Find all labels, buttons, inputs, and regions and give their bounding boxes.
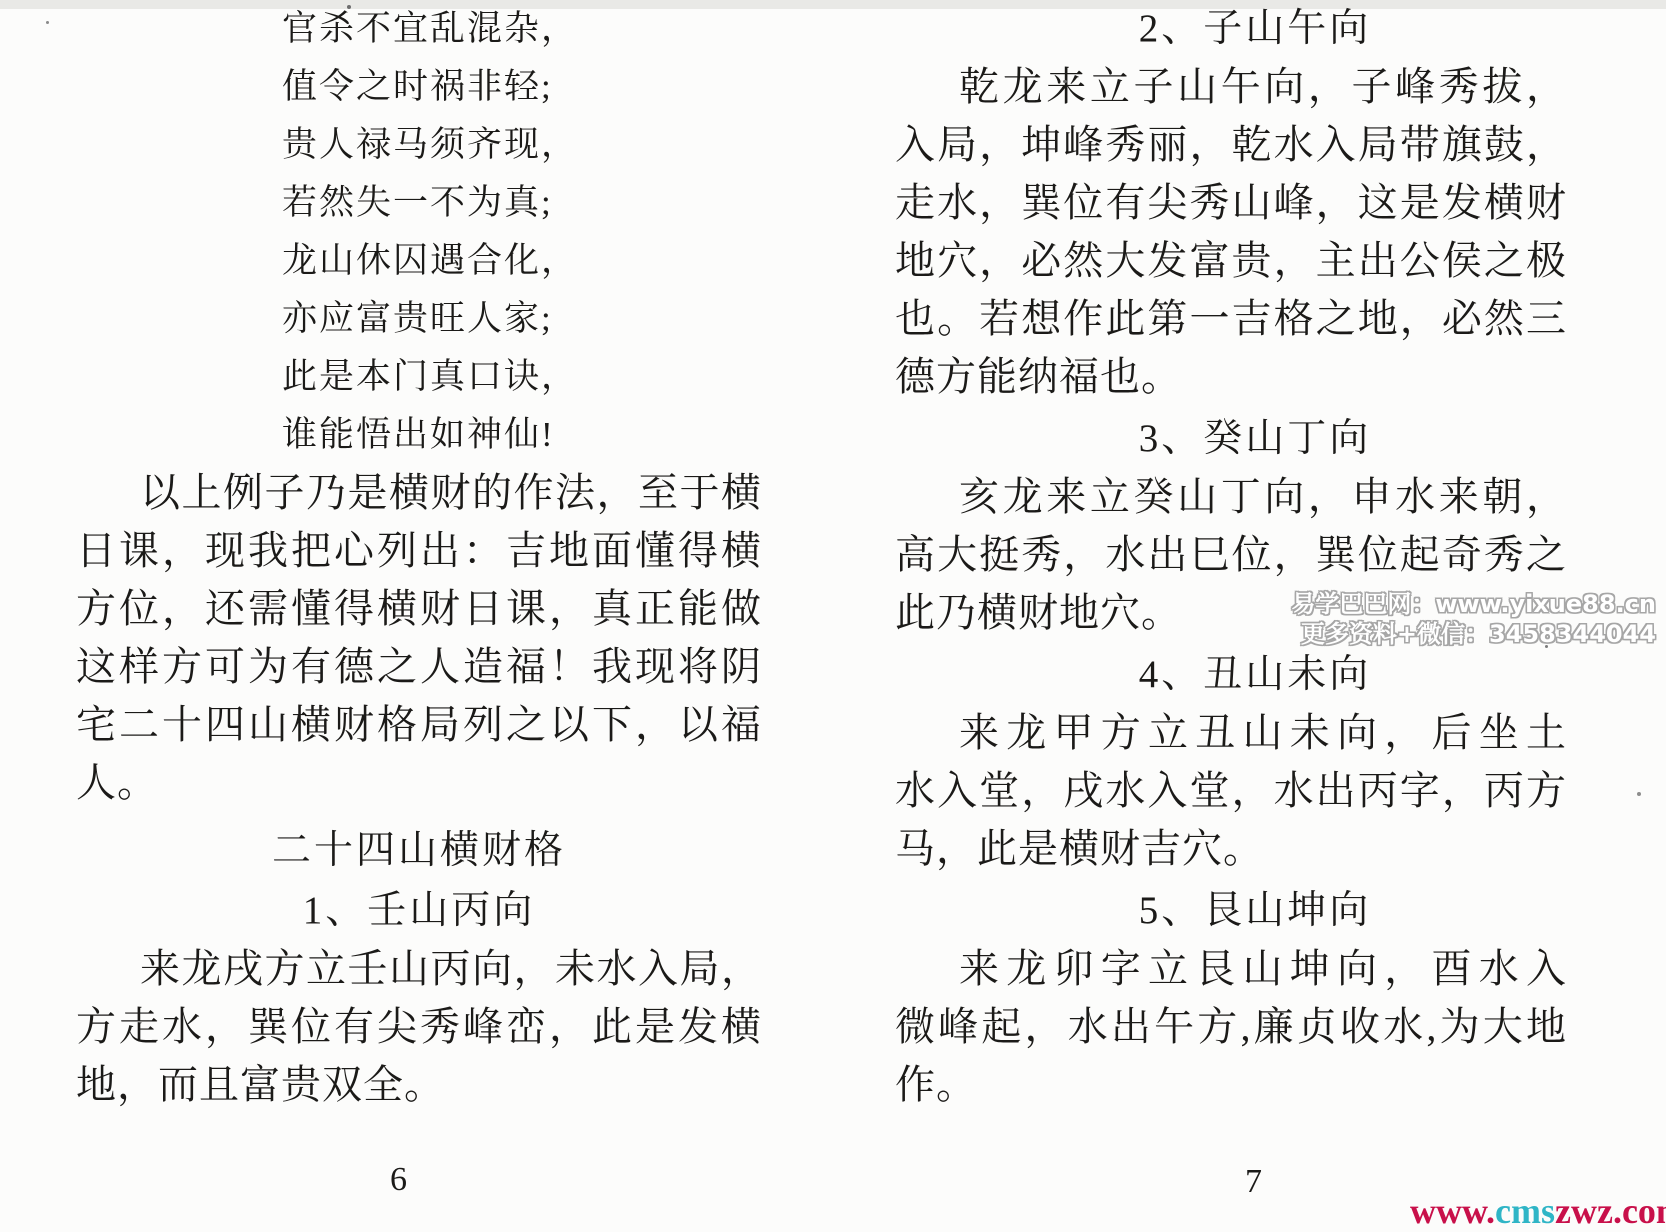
section-5-title: 5、艮山坤向 [919, 882, 1591, 940]
section-4-paragraph: 来龙甲方立丑山未向，后坐土星，庚水入堂，戌水入堂，水出丙字，丙方立天马，此是横财… [895, 704, 1567, 878]
text-line: 官杀不宜乱混杂， [282, 0, 582, 58]
section-4: 4、丑山未向 来龙甲方立丑山未向，后坐土星，庚水入堂，戌水入堂，水出丙字，丙方立… [895, 646, 1567, 878]
section-5-paragraph: 来龙卯字立艮山坤向，酉水入堂，少微峰起，水出午方,廉贞收水,为大地结作。 [895, 940, 1567, 1114]
text-line: 宅二十四山横财格局列之以下，以福众 [76, 696, 762, 754]
section-2: 2、子山午向 乾龙来立子山午向，子峰秀拔，坤水入局，坤峰秀丽，乾水入局带旗鼓，巽… [895, 0, 1567, 406]
text-line: 作。 [895, 1056, 1567, 1114]
text-line: 来龙卯字立艮山坤向，酉水入堂，少 [895, 940, 1567, 998]
text-line: 贵人禄马须齐现， [282, 116, 582, 174]
text-line: 此是本门真口诀， [282, 348, 582, 406]
text-line: 值令之时祸非轻; [282, 58, 582, 116]
text-line: 德方能纳福也。 [895, 348, 1567, 406]
text-line: 也。若想作此第一吉格之地，必然三代积 [895, 290, 1567, 348]
text-line: 谁能悟出如神仙! [282, 406, 582, 464]
poem-block: 官杀不宜乱混杂，值令之时祸非轻;贵人禄马须齐现，若然失一不为真;龙山休囚遇合化，… [282, 0, 582, 464]
section-5: 5、艮山坤向 来龙卯字立艮山坤向，酉水入堂，少微峰起，水出午方,廉贞收水,为大地… [895, 882, 1567, 1114]
watermark-line-2: 更多资料+微信：3458344044 [1291, 619, 1656, 649]
section-4-title: 4、丑山未向 [919, 646, 1591, 704]
scan-speck [1637, 792, 1641, 796]
page-number-left: 6 [390, 1163, 407, 1197]
text-line: 乾龙来立子山午向，子峰秀拔，坤水 [895, 58, 1567, 116]
section-2-title: 2、子山午向 [919, 0, 1591, 58]
footer-url-part-2: cms [1495, 1191, 1555, 1231]
footer-site-url: www.cmszwz.com [1410, 1192, 1666, 1230]
scan-speck [347, 5, 351, 9]
text-line: 入局，坤峰秀丽，乾水入局带旗鼓，巽方 [895, 116, 1567, 174]
text-line: 龙山休囚遇合化， [282, 232, 582, 290]
text-line: 微峰起，水出午方,廉贞收水,为大地结 [895, 998, 1567, 1056]
text-line: 亦应富贵旺人家; [282, 290, 582, 348]
text-line: 这样方可为有德之人造福！我现将阴阳二 [76, 638, 762, 696]
text-line: 来龙戌方立壬山丙向，未水入局，辰 [76, 940, 762, 998]
section-3-title: 3、癸山丁向 [919, 410, 1591, 468]
chapter-heading: 二十四山横财格 [76, 822, 762, 880]
intro-paragraph: 以上例子乃是横财的作法，至于横财日课，现我把心列出：吉地面懂得横财的方位，还需懂… [76, 464, 762, 812]
left-page: 官杀不宜乱混杂，值令之时祸非轻;贵人禄马须齐现，若然失一不为真;龙山休囚遇合化，… [76, 0, 762, 1114]
scan-speck [46, 21, 49, 24]
footer-url-part-3: zwz.com [1555, 1191, 1666, 1231]
text-line: 地，而且富贵双全。 [76, 1056, 762, 1114]
text-line: 以上例子乃是横财的作法，至于横财 [76, 464, 762, 522]
text-line: 人。 [76, 754, 762, 812]
section-1: 1、壬山丙向 来龙戌方立壬山丙向，未水入局，辰方走水，巽位有尖秀峰峦，此是发横财… [76, 882, 762, 1114]
text-line: 日课，现我把心列出：吉地面懂得横财的 [76, 522, 762, 580]
text-line: 马，此是横财吉穴。 [895, 820, 1567, 878]
section-1-title: 1、壬山丙向 [76, 882, 762, 940]
text-line: 高大挺秀，水出巳位，巽位起奇秀之峰， [895, 526, 1567, 584]
section-1-paragraph: 来龙戌方立壬山丙向，未水入局，辰方走水，巽位有尖秀峰峦，此是发横财之地，而且富贵… [76, 940, 762, 1114]
section-2-paragraph: 乾龙来立子山午向，子峰秀拔，坤水入局，坤峰秀丽，乾水入局带旗鼓，巽方走水，巽位有… [895, 58, 1567, 406]
text-line: 水入堂，戌水入堂，水出丙字，丙方立天 [895, 762, 1567, 820]
text-line: 方走水，巽位有尖秀峰峦，此是发横财之 [76, 998, 762, 1056]
watermark: 易学巴巴网：www.yixue88.cn 更多资料+微信：3458344044 [1291, 589, 1656, 649]
text-line: 地穴，必然大发富贵，主出公侯之极品 [895, 232, 1567, 290]
text-line: 方位，还需懂得横财日课，真正能做到 [76, 580, 762, 638]
scan-speck [1063, 80, 1067, 83]
text-line: 亥龙来立癸山丁向，申水来朝，申峰 [895, 468, 1567, 526]
text-line: 若然失一不为真; [282, 174, 582, 232]
footer-url-part-1: www. [1410, 1191, 1495, 1231]
text-line: 来龙甲方立丑山未向，后坐土星，庚 [895, 704, 1567, 762]
scanned-book-spread: { "document": { "left_page": { "poem_lin… [0, 0, 1666, 1232]
right-page: 2、子山午向 乾龙来立子山午向，子峰秀拔，坤水入局，坤峰秀丽，乾水入局带旗鼓，巽… [895, 0, 1567, 1114]
watermark-line-1: 易学巴巴网：www.yixue88.cn [1291, 589, 1656, 619]
text-line: 走水，巽位有尖秀山峰，这是发横财的大 [895, 174, 1567, 232]
page-number-right: 7 [1245, 1165, 1262, 1199]
